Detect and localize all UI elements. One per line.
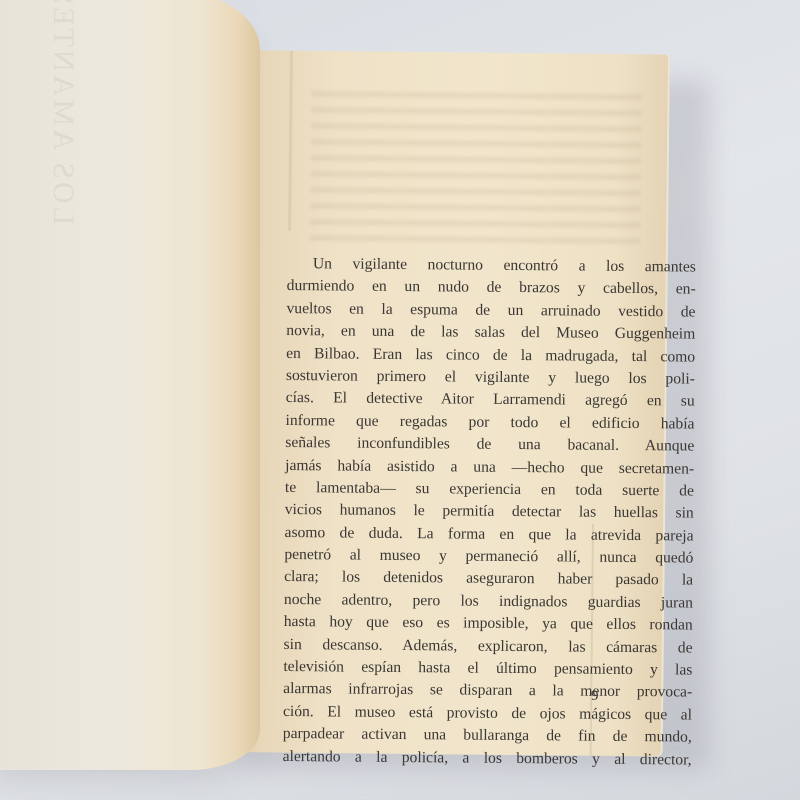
- text-line: alertando a la policía, a los bomberos y…: [283, 746, 692, 772]
- bleed-through-text: [310, 91, 642, 244]
- page-fold: [288, 51, 293, 231]
- text-line: hasta hoy que eso es imposible, ya que e…: [284, 611, 693, 637]
- page-number: 9: [591, 688, 599, 705]
- text-line: señales inconfundibles de una bacanal. A…: [285, 432, 694, 458]
- text-line: alarmas infrarrojas se disparan a la men…: [283, 678, 692, 704]
- text-line: parpadear activan una bullaranga de fin …: [283, 723, 692, 749]
- text-line: cías. El detective Aitor Larramendi agre…: [286, 387, 695, 413]
- left-page-ghost-title: LOS AMANTES DEL GUGGENHEIM: [46, 0, 80, 225]
- left-page: LOS AMANTES DEL GUGGENHEIM: [0, 0, 260, 770]
- text-line: novia, en una de las salas del Museo Gug…: [286, 320, 695, 346]
- text-line: vicios humanos le permitía detectar las …: [285, 499, 694, 525]
- text-line: durmiendo en un nudo de brazos y cabello…: [287, 275, 696, 301]
- body-text: Un vigilante nocturno encontró a los ama…: [283, 253, 696, 772]
